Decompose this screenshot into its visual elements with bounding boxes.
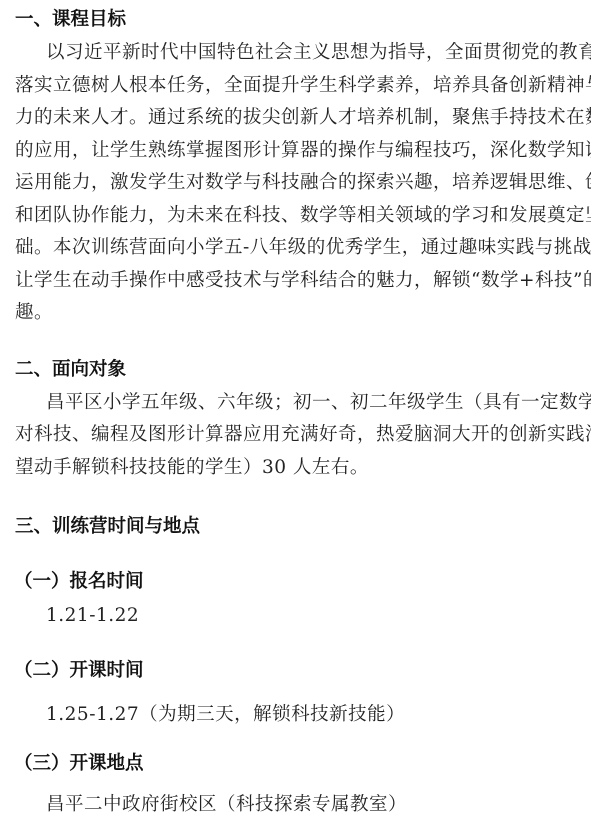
paragraph-line: 运用能力，激发学生对数学与科技融合的探索兴趣，培养逻辑思维、创新思维 [15,168,591,194]
class-time-value: 1.25-1.27（为期三天，解锁科技新技能） [46,700,405,726]
class-location-value: 昌平二中政府街校区（科技探索专属教室） [46,790,407,816]
document-page: 一、课程目标 以习近平新时代中国特色社会主义思想为指导，全面贯彻党的教育方针， … [0,0,591,820]
subheading-class-time: （二）开课时间 [14,656,144,682]
paragraph-line: 和团队协作能力，为未来在科技、数学等相关领域的学习和发展奠定坚实基 [15,201,591,227]
section-heading-course-goals: 一、课程目标 [15,5,126,31]
paragraph-line: 昌平区小学五年级、六年级；初一、初二年级学生（具有一定数学基础， [46,388,591,414]
section-heading-target-audience: 二、面向对象 [15,355,126,381]
subheading-registration-time: （一）报名时间 [14,567,144,593]
paragraph-line: 望动手解锁科技技能的学生）30 人左右。 [15,453,369,479]
paragraph-line: 的应用，让学生熟练掌握图形计算器的操作与编程技巧，深化数学知识的实际 [15,136,591,162]
paragraph-line: 让学生在动手操作中感受技术与学科结合的魅力，解锁“数学+科技”的双重乐 [15,266,591,292]
paragraph-line: 对科技、编程及图形计算器应用充满好奇，热爱脑洞大开的创新实践活动，渴 [15,420,591,446]
paragraph-line: 落实立德树人根本任务，全面提升学生科学素养，培养具备创新精神与实践能 [15,71,591,97]
subheading-class-location: （三）开课地点 [14,749,144,775]
paragraph-line: 趣。 [15,298,53,324]
paragraph-line: 以习近平新时代中国特色社会主义思想为指导，全面贯彻党的教育方针， [46,38,591,64]
paragraph-line: 础。本次训练营面向小学五-八年级的优秀学生，通过趣味实践与挑战性任务， [15,233,591,259]
section-heading-time-and-location: 三、训练营时间与地点 [15,512,200,538]
paragraph-line: 力的未来人才。通过系统的拔尖创新人才培养机制，聚焦手持技术在数学领域 [15,103,591,129]
registration-time-value: 1.21-1.22 [46,605,139,626]
